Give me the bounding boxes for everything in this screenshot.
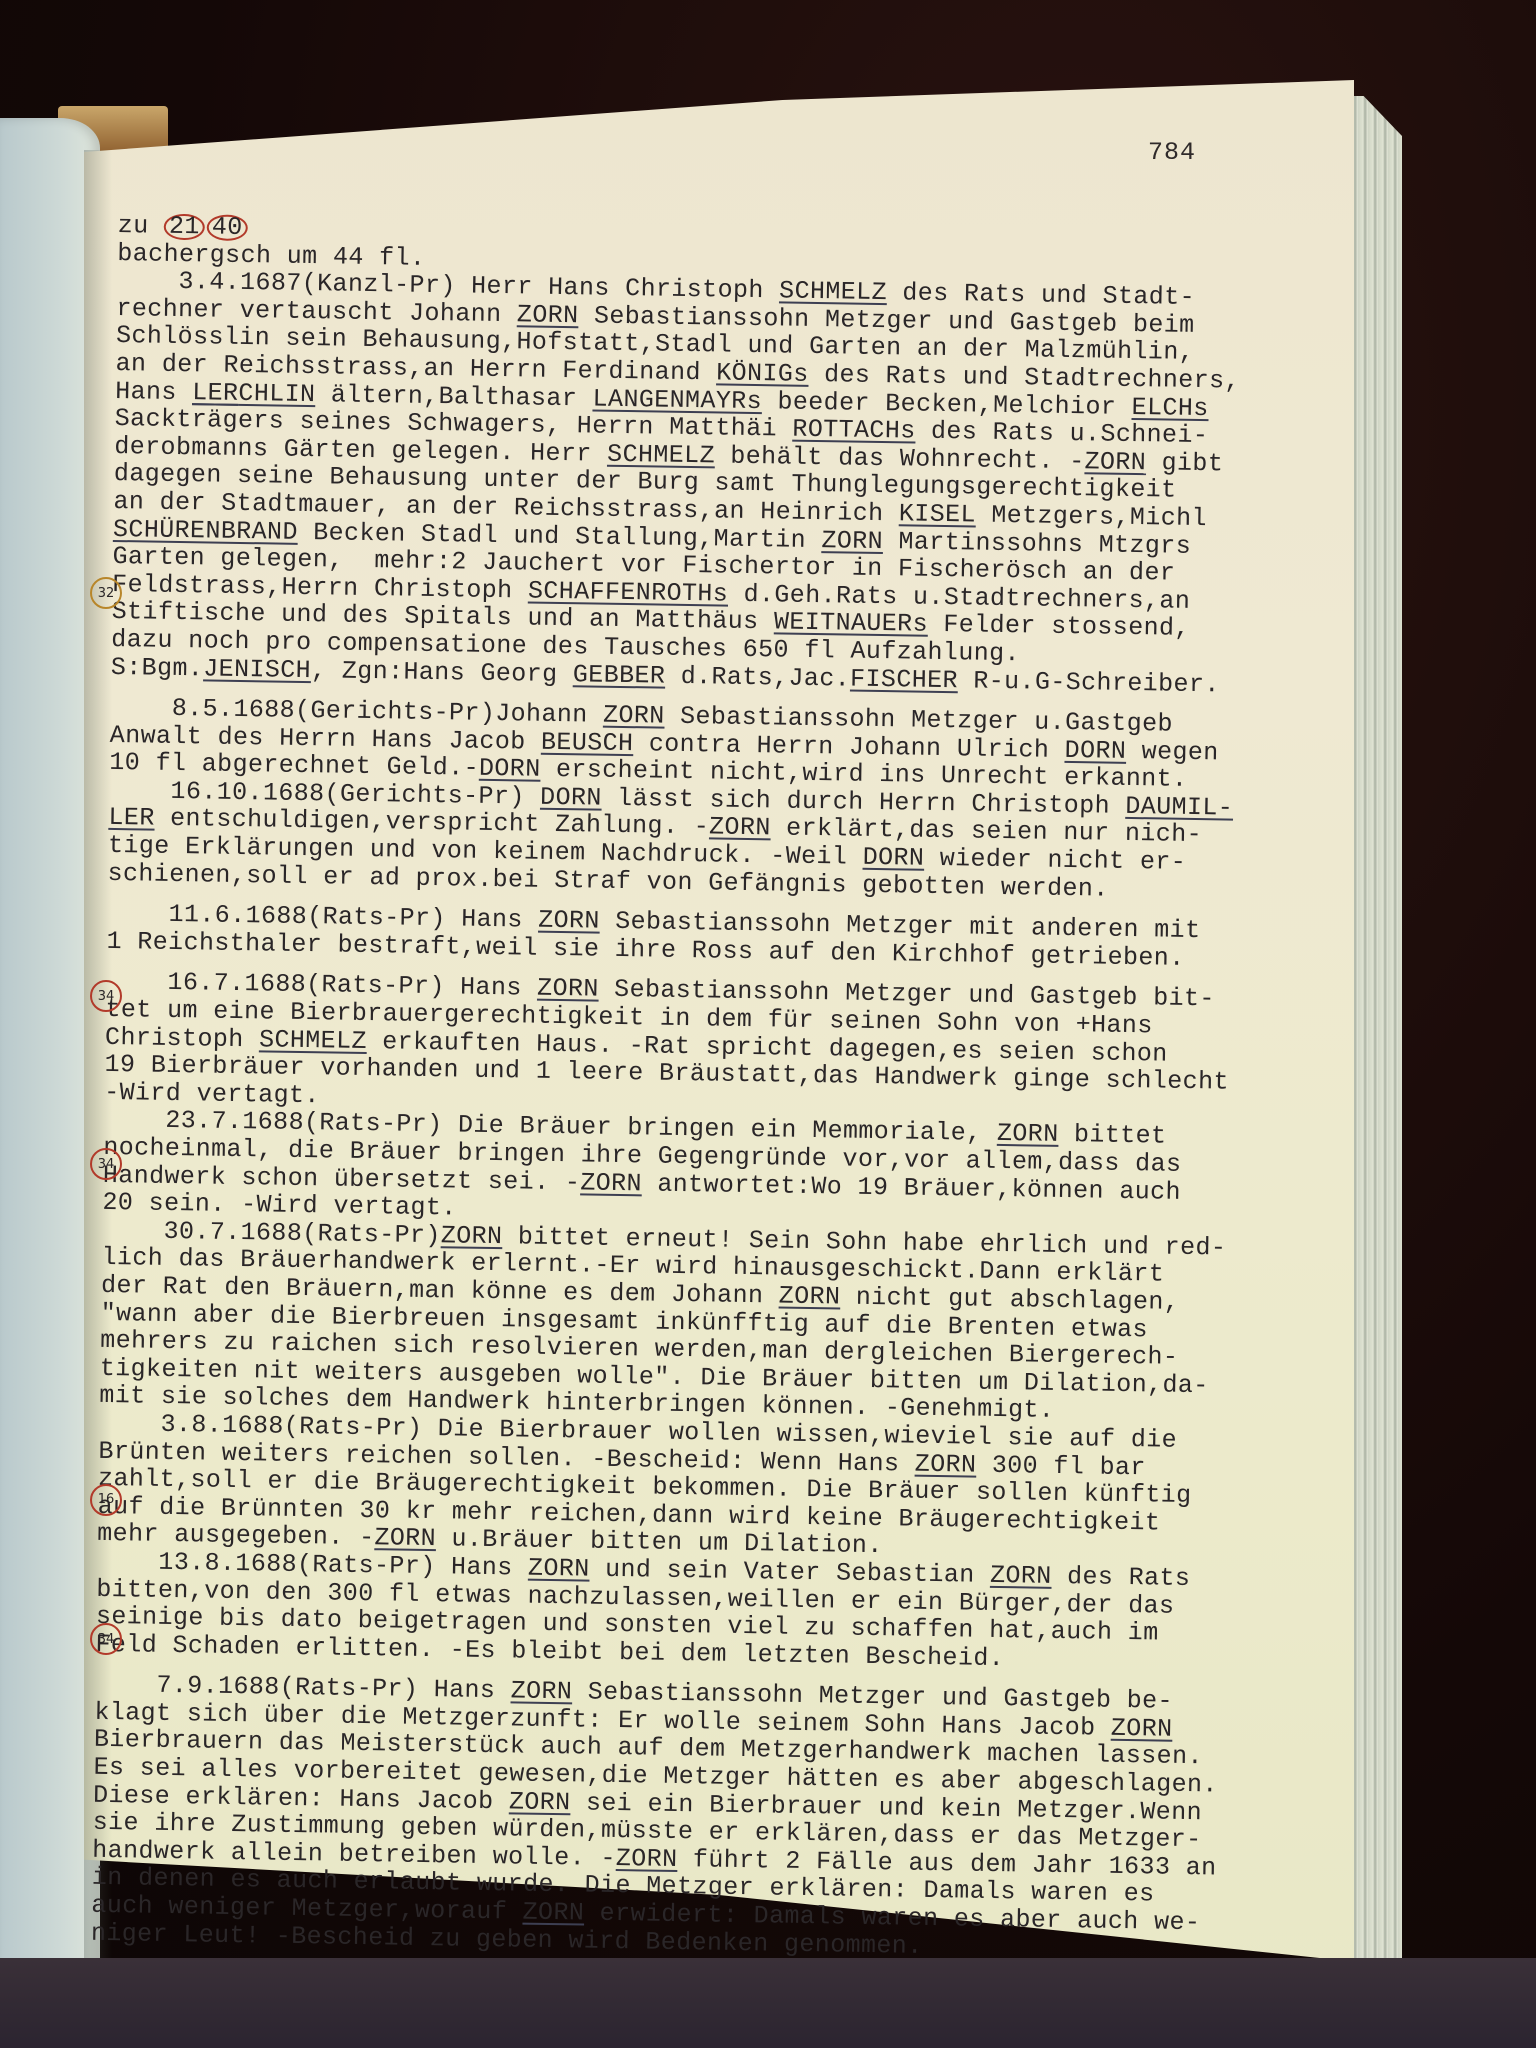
typewritten-text-block: zu 2140 bachergsch um 44 fl. 3.4.1687(Ka… [91,212,1338,1966]
margin-note: 34 [90,1623,122,1655]
margin-note: 32 [90,577,122,609]
margin-note: 16 [90,1484,122,1516]
margin-note: 34 [90,1148,122,1180]
page-number: 784 [1148,138,1196,167]
circled-reference: 21 [164,214,205,241]
text-lines: bachergsch um 44 fl. 3.4.1687(Kanzl-Pr) … [91,240,1338,1967]
book-photo-scene: 784 zu 2140 bachergsch um 44 fl. 3.4.168… [0,0,1536,2048]
table-surface [0,1958,1536,2048]
circled-reference: 40 [207,214,248,241]
